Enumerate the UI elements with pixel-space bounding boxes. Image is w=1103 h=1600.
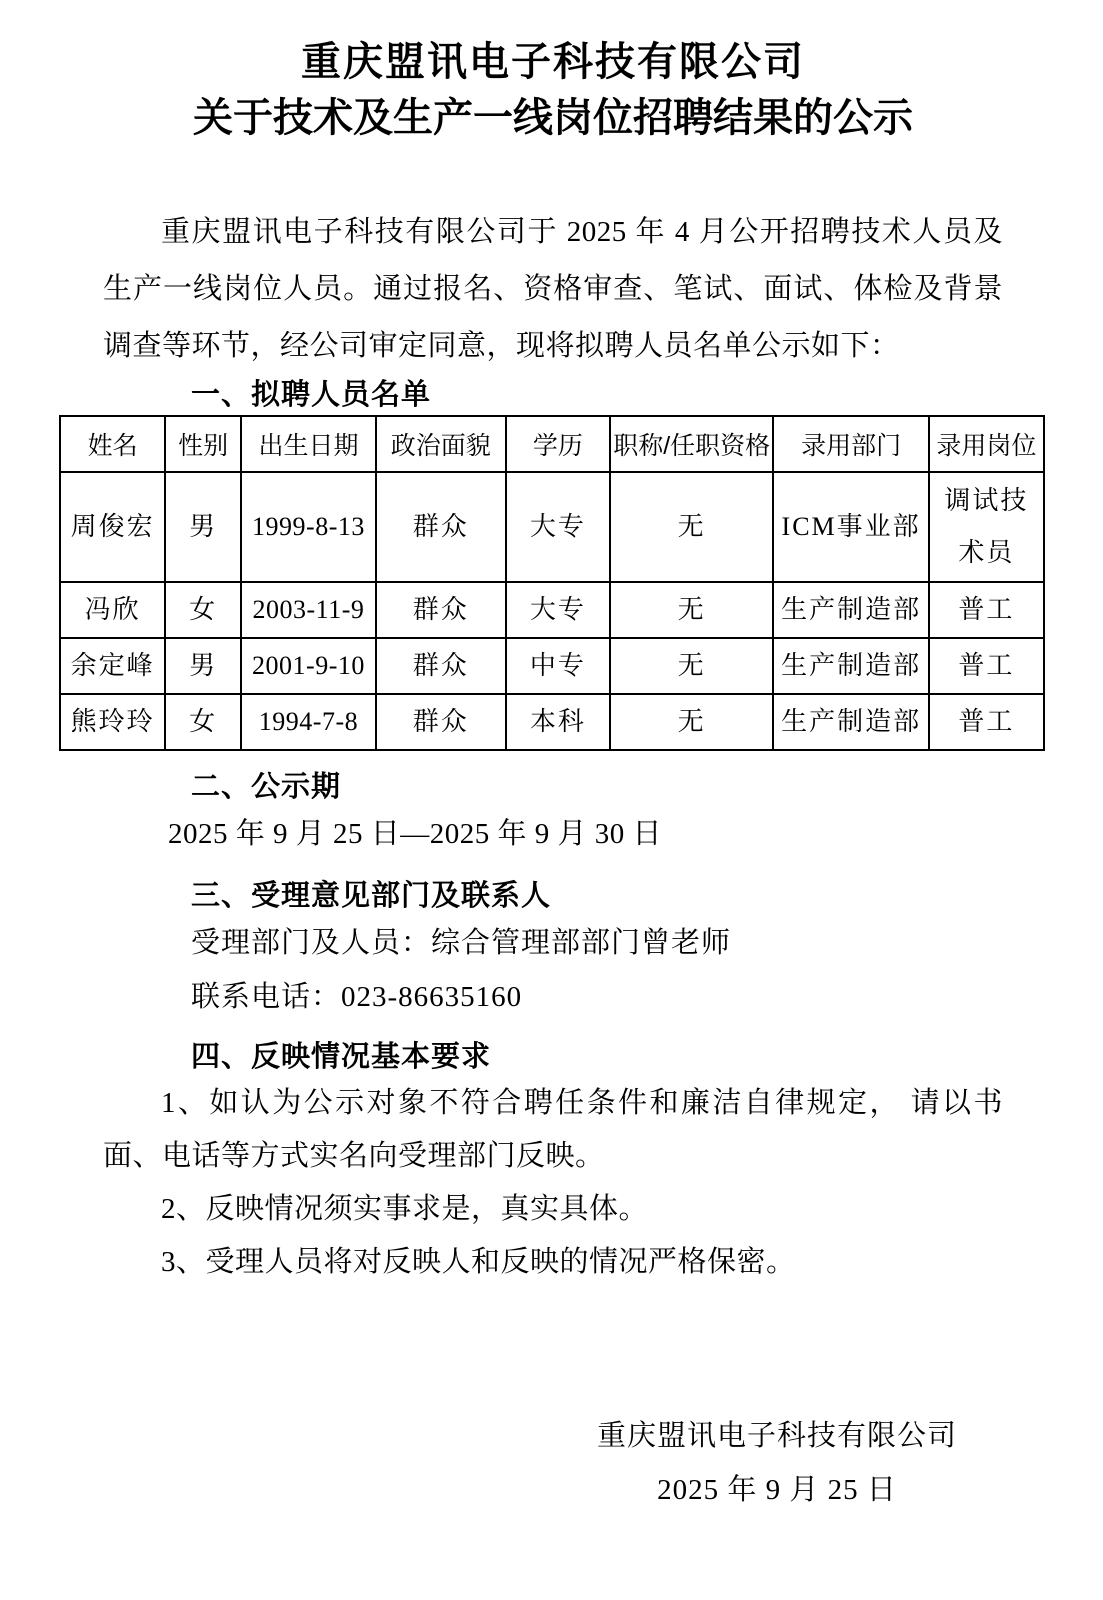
cell-gender: 男	[165, 472, 241, 582]
cell-department: 生产制造部	[773, 694, 928, 750]
cell-position: 调试技术员	[929, 472, 1044, 582]
signature-date: 2025 年 9 月 25 日	[327, 1463, 1103, 1517]
table-row: 熊玲玲 女 1994-7-8 群众 本科 无 生产制造部 普工	[60, 694, 1044, 750]
requirement-item-3: 3、受理人员将对反映人和反映的情况严格保密。	[103, 1236, 1003, 1289]
cell-position: 普工	[929, 638, 1044, 694]
roster-table: 姓名 性别 出生日期 政治面貌 学历 职称/任职资格 录用部门 录用岗位 周俊宏…	[59, 415, 1045, 751]
header-cell-birthdate: 出生日期	[241, 416, 376, 472]
cell-education: 大专	[506, 472, 610, 582]
cell-qualification: 无	[610, 472, 773, 582]
header-cell-political-status: 政治面貌	[376, 416, 506, 472]
cell-department: 生产制造部	[773, 638, 928, 694]
cell-qualification: 无	[610, 638, 773, 694]
cell-gender: 女	[165, 582, 241, 638]
table-row: 冯欣 女 2003-11-9 群众 大专 无 生产制造部 普工	[60, 582, 1044, 638]
cell-qualification: 无	[610, 694, 773, 750]
cell-gender: 男	[165, 638, 241, 694]
intro-paragraph: 重庆盟讯电子科技有限公司于 2025 年 4 月公开招聘技术人员及生产一线岗位人…	[103, 204, 1003, 375]
requirement-item-1: 1、如认为公示对象不符合聘任条件和廉洁自律规定， 请以书面、电话等方式实名向受理…	[103, 1077, 1003, 1183]
table-row: 周俊宏 男 1999-8-13 群众 大专 无 ICM事业部 调试技术员	[60, 472, 1044, 582]
header-cell-position: 录用岗位	[929, 416, 1044, 472]
cell-political-status: 群众	[376, 638, 506, 694]
cell-birthdate: 2001-9-10	[241, 638, 376, 694]
header-cell-education: 学历	[506, 416, 610, 472]
cell-birthdate: 1994-7-8	[241, 694, 376, 750]
cell-name: 熊玲玲	[60, 694, 165, 750]
cell-department: ICM事业部	[773, 472, 928, 582]
cell-position: 普工	[929, 694, 1044, 750]
signature-block: 重庆盟讯电子科技有限公司 2025 年 9 月 25 日	[327, 1409, 1103, 1517]
cell-name: 冯欣	[60, 582, 165, 638]
cell-name: 余定峰	[60, 638, 165, 694]
period-value: 2025 年 9 月 25 日—2025 年 9 月 30 日	[168, 807, 1003, 862]
cell-political-status: 群众	[376, 472, 506, 582]
document-title-line2: 关于技术及生产一线岗位招聘结果的公示	[103, 90, 1003, 146]
contact-section-heading: 三、受理意见部门及联系人	[191, 876, 1003, 916]
cell-education: 本科	[506, 694, 610, 750]
document-page: 重庆盟讯电子科技有限公司 关于技术及生产一线岗位招聘结果的公示 重庆盟讯电子科技…	[0, 0, 1103, 1600]
header-cell-qualification: 职称/任职资格	[610, 416, 773, 472]
cell-political-status: 群众	[376, 694, 506, 750]
period-section-heading: 二、公示期	[191, 767, 1003, 807]
contact-department: 受理部门及人员：综合管理部部门曾老师	[191, 916, 1003, 970]
cell-position: 普工	[929, 582, 1044, 638]
cell-name: 周俊宏	[60, 472, 165, 582]
cell-gender: 女	[165, 694, 241, 750]
requirements-section-heading: 四、反映情况基本要求	[191, 1037, 1003, 1077]
contact-phone: 联系电话：023-86635160	[191, 970, 1003, 1024]
document-title-line1: 重庆盟讯电子科技有限公司	[103, 28, 1003, 90]
cell-birthdate: 2003-11-9	[241, 582, 376, 638]
header-cell-department: 录用部门	[773, 416, 928, 472]
header-cell-name: 姓名	[60, 416, 165, 472]
table-header-row: 姓名 性别 出生日期 政治面貌 学历 职称/任职资格 录用部门 录用岗位	[60, 416, 1044, 472]
signature-company: 重庆盟讯电子科技有限公司	[327, 1409, 1103, 1463]
cell-political-status: 群众	[376, 582, 506, 638]
table-row: 余定峰 男 2001-9-10 群众 中专 无 生产制造部 普工	[60, 638, 1044, 694]
cell-education: 大专	[506, 582, 610, 638]
requirement-item-2: 2、反映情况须实事求是，真实具体。	[103, 1183, 1003, 1236]
cell-education: 中专	[506, 638, 610, 694]
cell-qualification: 无	[610, 582, 773, 638]
cell-birthdate: 1999-8-13	[241, 472, 376, 582]
header-cell-gender: 性别	[165, 416, 241, 472]
roster-section-heading: 一、拟聘人员名单	[191, 375, 1003, 415]
cell-department: 生产制造部	[773, 582, 928, 638]
